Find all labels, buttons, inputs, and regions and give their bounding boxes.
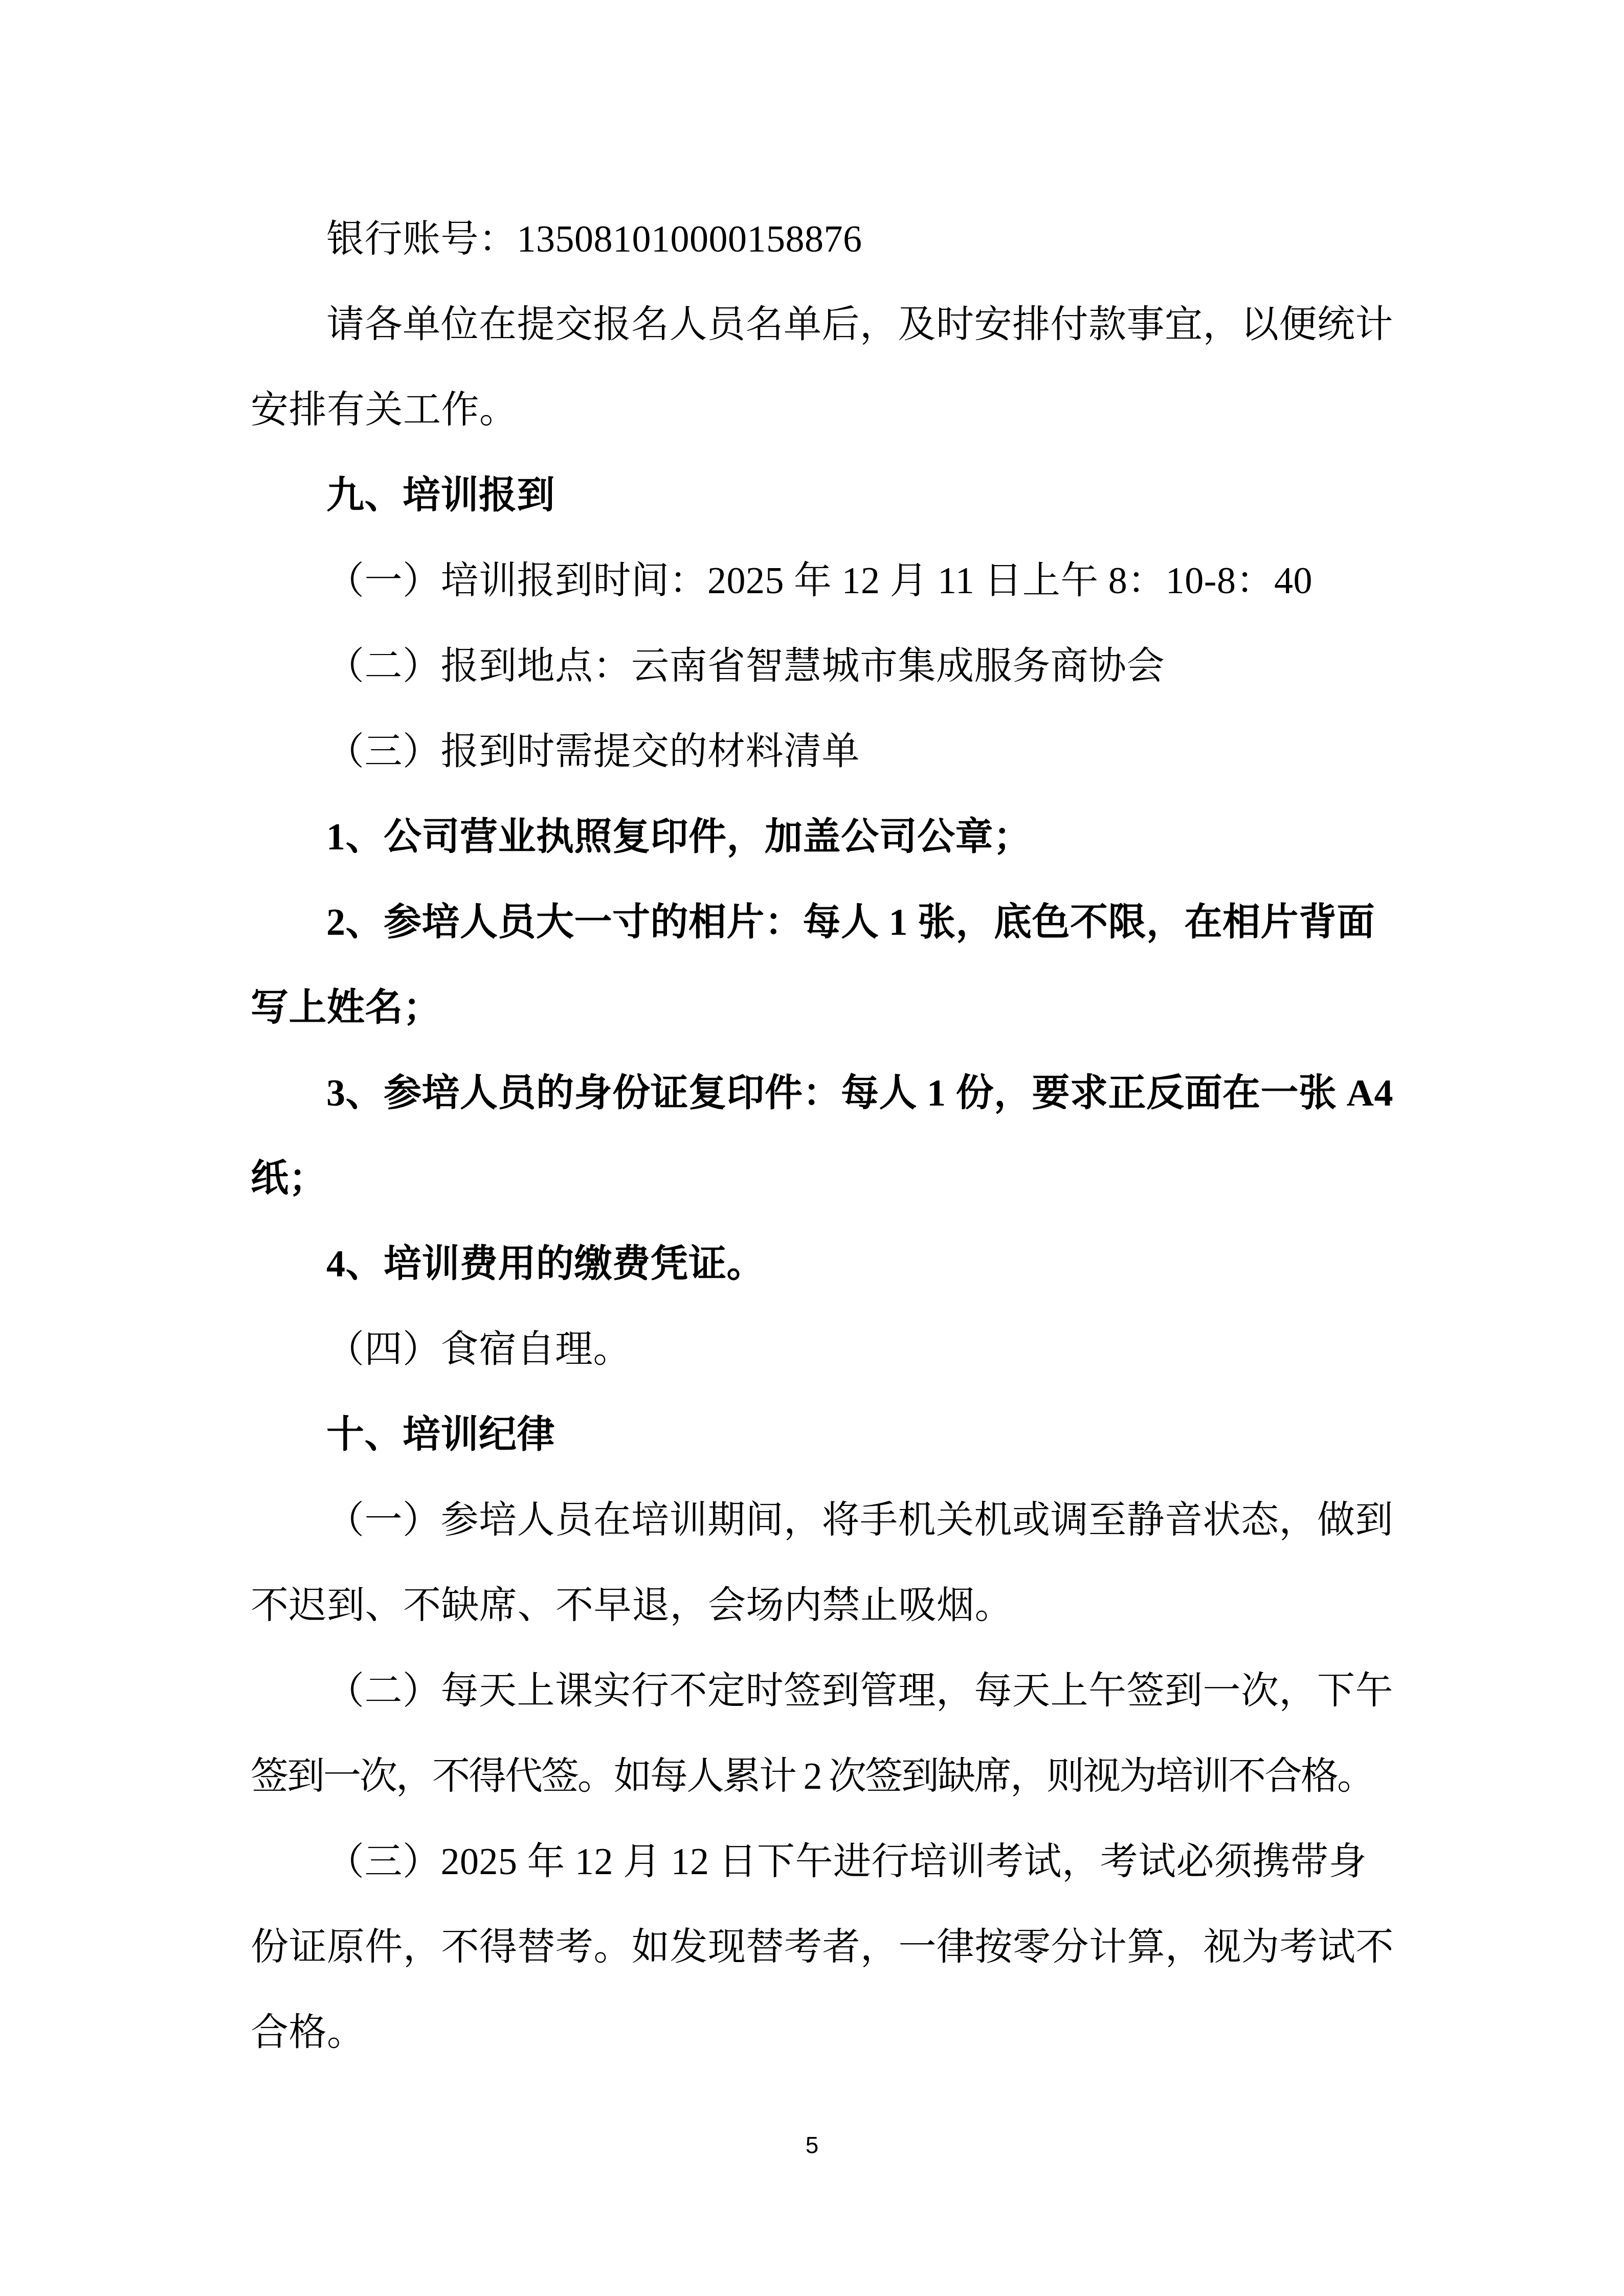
report-time-line: （一）培训报到时间：2025 年 12 月 11 日上午 8：10-8：40	[251, 538, 1401, 624]
document-body: 银行账号：135081010000158876 请各单位在提交报名人员名单后，及…	[251, 197, 1401, 2076]
page-number: 5	[0, 2133, 1624, 2157]
discipline-rule-3-line-2: 份证原件，不得替考。如发现替考者，一律按零分计算，视为考试不	[251, 1905, 1401, 1990]
material-item-2-line-2: 写上姓名；	[251, 965, 1401, 1051]
material-item-2-line-1: 2、参培人员大一寸的相片：每人 1 张，底色不限，在相片背面	[251, 880, 1401, 965]
discipline-rule-2-line-2: 签到一次，不得代签。如每人累计 2 次签到缺席，则视为培训不合格。	[251, 1734, 1401, 1819]
discipline-rule-2-line-1: （二）每天上课实行不定时签到管理，每天上午签到一次，下午	[251, 1649, 1401, 1734]
heading-section-9: 九、培训报到	[251, 453, 1401, 538]
discipline-rule-1-line-1: （一）参培人员在培训期间，将手机关机或调至静音状态，做到	[251, 1478, 1401, 1563]
meals-lodging-line: （四）食宿自理。	[251, 1307, 1401, 1392]
material-item-1: 1、公司营业执照复印件，加盖公司公章；	[251, 795, 1401, 880]
discipline-rule-3-line-1: （三）2025 年 12 月 12 日下午进行培训考试，考试必须携带身	[251, 1819, 1401, 1905]
discipline-rule-1-line-2: 不迟到、不缺席、不早退，会场内禁止吸烟。	[251, 1563, 1401, 1649]
material-item-4: 4、培训费用的缴费凭证。	[251, 1222, 1401, 1307]
discipline-rule-3-line-3: 合格。	[251, 1990, 1401, 2076]
payment-note-line-1: 请各单位在提交报名人员名单后，及时安排付款事宜，以便统计	[251, 282, 1401, 368]
materials-list-title: （三）报到时需提交的材料清单	[251, 709, 1401, 795]
heading-section-10: 十、培训纪律	[251, 1392, 1401, 1478]
document-page: 银行账号：135081010000158876 请各单位在提交报名人员名单后，及…	[0, 0, 1624, 2296]
payment-note-line-2: 安排有关工作。	[251, 368, 1401, 453]
material-item-3-line-1: 3、参培人员的身份证复印件：每人 1 份，要求正反面在一张 A4	[251, 1051, 1401, 1136]
bank-account-line: 银行账号：135081010000158876	[251, 197, 1401, 282]
material-item-3-line-2: 纸；	[251, 1136, 1401, 1222]
report-location-line: （二）报到地点：云南省智慧城市集成服务商协会	[251, 624, 1401, 709]
